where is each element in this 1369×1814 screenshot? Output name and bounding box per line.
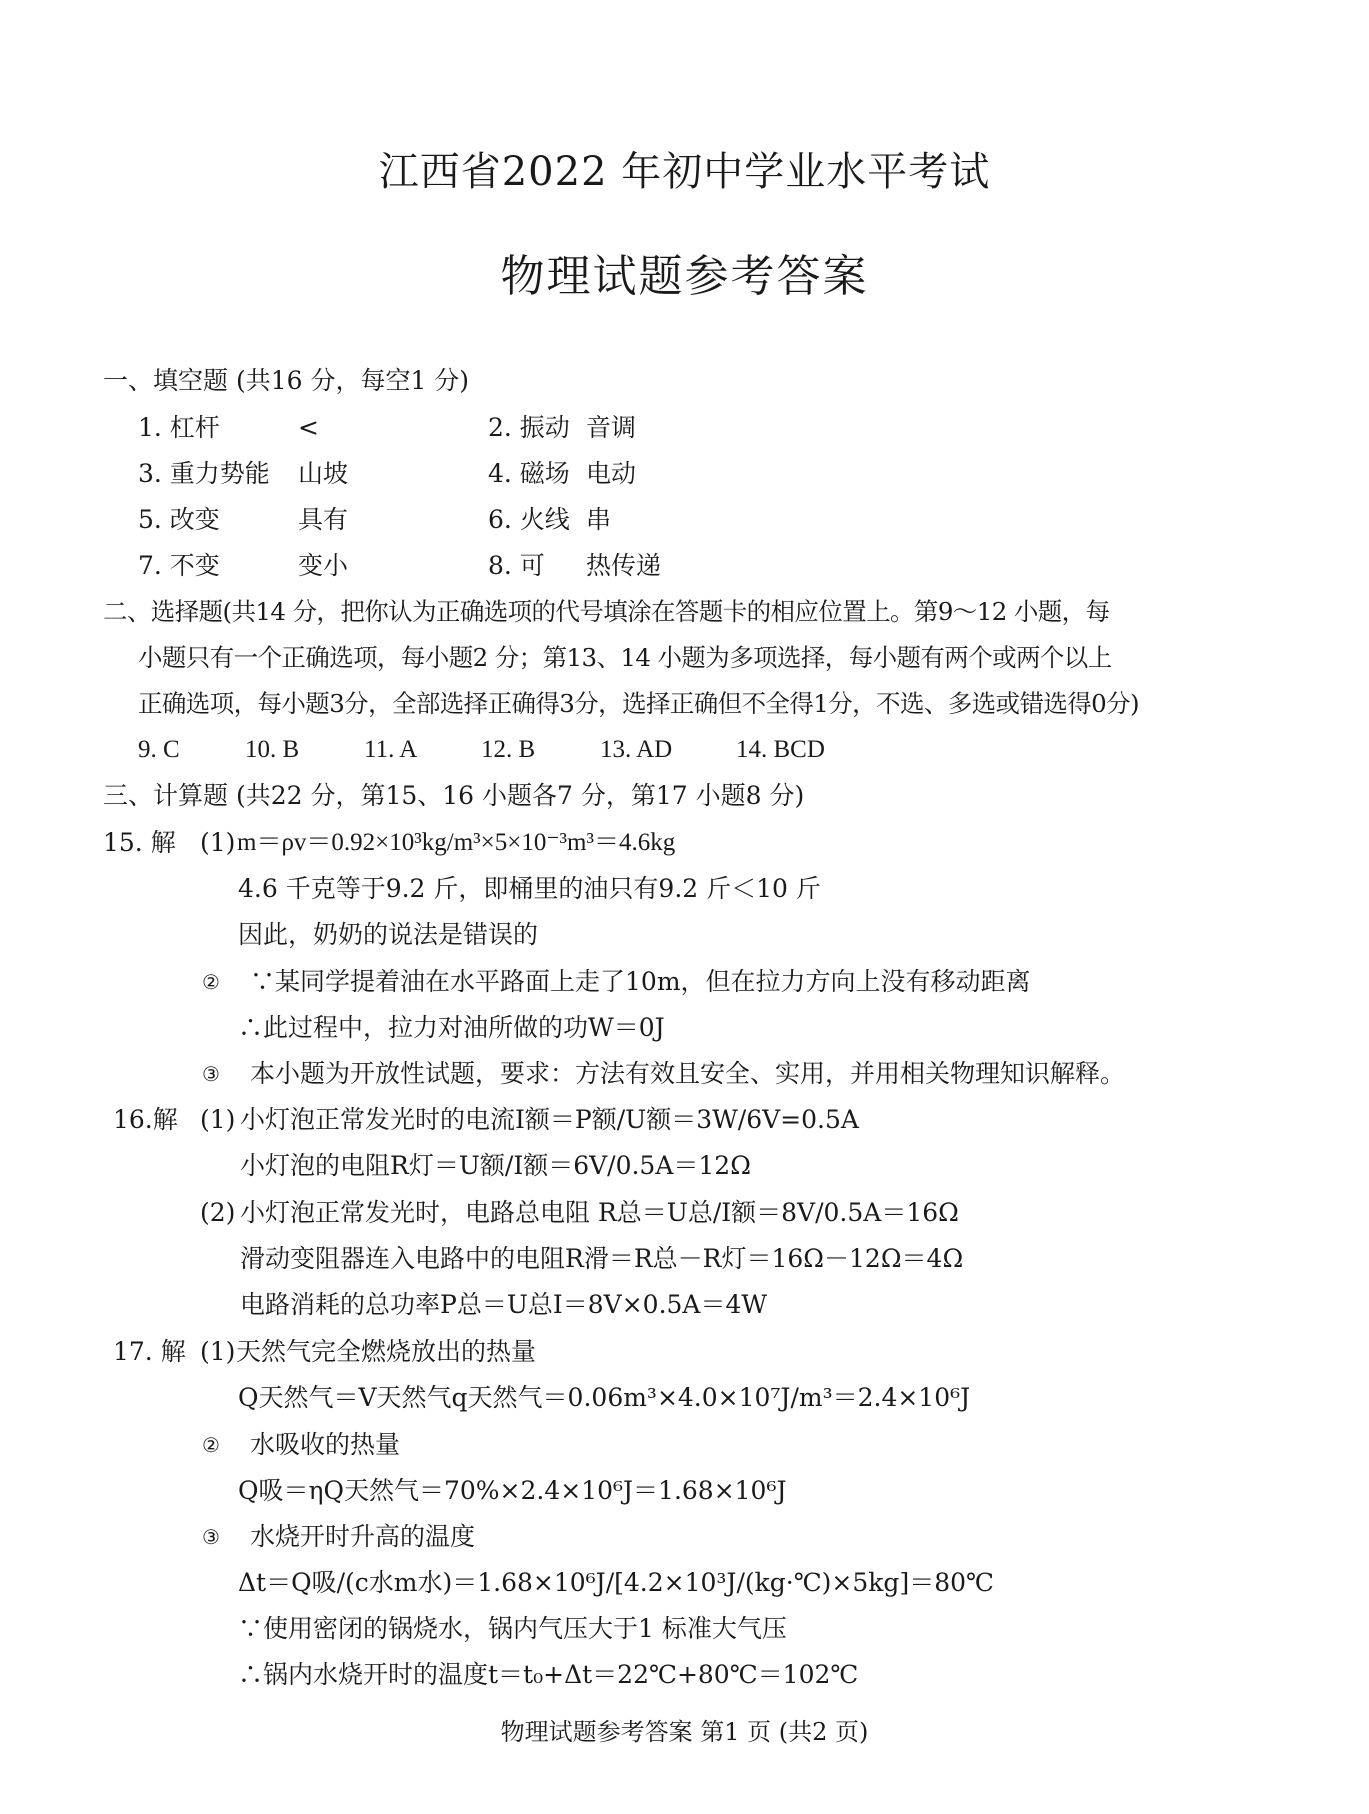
q17-line8: ∴锅内水烧开时的温度t＝t₀+Δt＝22℃+80℃＝102℃	[238, 1658, 858, 1692]
q17-line5: 水烧开时升高的温度	[250, 1520, 475, 1554]
answer-1: <	[298, 411, 319, 445]
q15-line4: ∵某同学提着油在水平路面上走了10m，但在拉力方向上没有移动距离	[250, 965, 1031, 999]
section2-heading-line1: 二、选择题(共14 分，把你认为正确选项的代号填涂在答题卡的相应位置上。第9～1…	[103, 595, 1109, 629]
q16-label: 16.解	[113, 1103, 178, 1137]
section1-heading: 一、填空题 (共16 分，每空1 分)	[103, 364, 469, 398]
q16-part2-marker: (2)	[200, 1196, 235, 1230]
question-7: 7. 不变	[138, 549, 220, 583]
q16-line1: 小灯泡正常发光时的电流I额＝P额/U额＝3W/6V=0.5A	[240, 1103, 859, 1137]
page-footer: 物理试题参考答案 第1 页 (共2 页)	[0, 1712, 1369, 1747]
q16-line2: 小灯泡的电阻R灯＝U额/I额＝6V/0.5A＝12Ω	[240, 1149, 751, 1183]
document-title: 江西省2022 年初中学业水平考试	[0, 140, 1369, 197]
question-8: 8. 可	[488, 549, 545, 583]
answer-2: 音调	[586, 411, 636, 445]
q16-line5: 电路消耗的总功率P总＝U总I＝8V×0.5A＝4W	[240, 1288, 767, 1322]
q15-label: 15. 解	[103, 826, 176, 860]
choice-answer-11: 11. A	[364, 733, 417, 767]
question-1: 1. 杠杆	[138, 411, 220, 445]
q15-part3-marker: ③	[202, 1057, 220, 1091]
q17-label: 17. 解	[113, 1335, 186, 1369]
q17-part2-marker: ②	[202, 1428, 220, 1462]
answer-4: 电动	[586, 457, 636, 491]
answer-3: 山坡	[298, 457, 348, 491]
choice-answer-9: 9. C	[138, 733, 180, 767]
q16-part1-marker: (1)	[200, 1103, 235, 1137]
choice-answer-12: 12. B	[481, 733, 535, 767]
q17-line6: Δt＝Q吸/(c水m水)＝1.68×10⁶J/[4.2×10³J/(kg·℃)×…	[238, 1566, 994, 1600]
q17-line4: Q吸＝ηQ天然气＝70%×2.4×10⁶J＝1.68×10⁶J	[238, 1474, 787, 1508]
question-6: 6. 火线	[488, 503, 570, 537]
q15-line5: ∴此过程中，拉力对油所做的功W＝0J	[238, 1011, 665, 1045]
q15-line1: m＝ρv＝0.92×10³kg/m³×5×10⁻³m³＝4.6kg	[237, 826, 675, 860]
q17-part3-marker: ③	[202, 1520, 220, 1554]
question-4: 4. 磁场	[488, 457, 570, 491]
answer-5: 具有	[298, 503, 348, 537]
q16-line4: 滑动变阻器连入电路中的电阻R滑＝R总－R灯＝16Ω－12Ω＝4Ω	[240, 1242, 963, 1276]
q17-line2: Q天然气＝V天然气q天然气＝0.06m³×4.0×10⁷J/m³＝2.4×10⁶…	[238, 1381, 970, 1415]
question-5: 5. 改变	[138, 503, 220, 537]
document-subtitle: 物理试题参考答案	[0, 240, 1369, 304]
question-3: 3. 重力势能	[138, 457, 270, 491]
q15-line6: 本小题为开放性试题，要求：方法有效且安全、实用，并用相关物理知识解释。	[250, 1057, 1125, 1091]
section2-heading-line3: 正确选项，每小题3分，全部选择正确得3分，选择正确但不全得1分，不选、多选或错选…	[138, 687, 1139, 721]
q17-part1-marker: (1)	[200, 1335, 235, 1369]
q15-part1-marker: (1)	[200, 826, 235, 860]
q15-part2-marker: ②	[202, 965, 220, 999]
q16-line3: 小灯泡正常发光时，电路总电阻 R总＝U总/I额＝8V/0.5A＝16Ω	[240, 1196, 959, 1230]
q17-line7: ∵使用密闭的锅烧水，锅内气压大于1 标准大气压	[238, 1612, 787, 1646]
question-2: 2. 振动	[488, 411, 570, 445]
section2-heading-line2: 小题只有一个正确选项，每小题2 分；第13、14 小题为多项选择，每小题有两个或…	[138, 641, 1112, 675]
q17-line1: 天然气完全燃烧放出的热量	[236, 1335, 536, 1369]
choice-answer-14: 14. BCD	[736, 733, 825, 767]
answer-6: 串	[586, 503, 611, 537]
answer-7: 变小	[298, 549, 348, 583]
choice-answer-10: 10. B	[245, 733, 299, 767]
q15-line3: 因此，奶奶的说法是错误的	[238, 918, 538, 952]
section3-heading: 三、计算题 (共22 分，第15、16 小题各7 分，第17 小题8 分)	[103, 779, 804, 813]
choice-answer-13: 13. AD	[600, 733, 672, 767]
q15-line2: 4.6 千克等于9.2 斤，即桶里的油只有9.2 斤＜10 斤	[238, 872, 821, 906]
q17-line3: 水吸收的热量	[250, 1428, 400, 1462]
answer-8: 热传递	[586, 549, 661, 583]
